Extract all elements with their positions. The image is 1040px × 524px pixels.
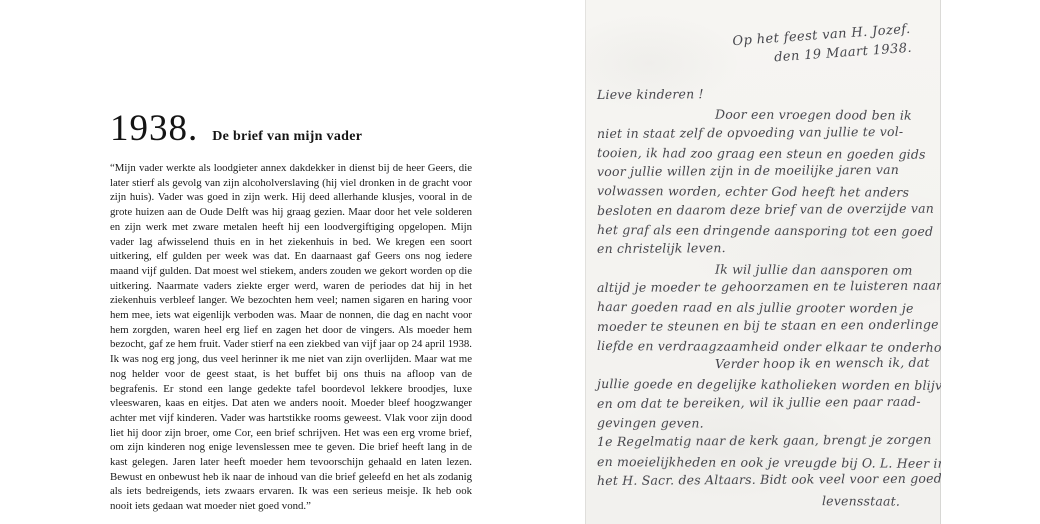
letter-line: altijd je moeder te gehoorzamen en te lu… — [597, 278, 913, 300]
letter-body: Lieve kinderen ! Door een vroegen dood b… — [597, 87, 913, 512]
letter-signoff: levensstaat. — [597, 492, 913, 513]
letter-salutation: Lieve kinderen ! — [597, 85, 913, 107]
letter-line: 1e Regelmatig naar de kerk gaan, brengt … — [597, 432, 913, 454]
chapter-heading: 1938. De brief van mijn vader — [110, 110, 472, 147]
letter-line: en christelijk leven. — [597, 239, 913, 261]
letter-line: en om dat te bereiken, wil ik jullie een… — [597, 394, 913, 416]
chapter-title: De brief van mijn vader — [212, 129, 362, 145]
letter-line: besloten en daarom deze brief van de ove… — [597, 201, 913, 223]
letter-line: niet in staat zelf de opvoeding van jull… — [597, 123, 913, 145]
memoir-paragraph: “Mijn vader werkte als loodgieter annex … — [110, 161, 472, 514]
letter-line: Verder hoop ik en wensch ik, dat — [597, 355, 913, 377]
letter-scan: Op het feest van H. Jozef. den 19 Maart … — [585, 0, 941, 524]
letter-dateline: Op het feest van H. Jozef. den 19 Maart … — [731, 20, 912, 70]
year-heading: 1938. — [110, 110, 198, 147]
book-spread: 1938. De brief van mijn vader “Mijn vade… — [0, 0, 1040, 524]
left-page: 1938. De brief van mijn vader “Mijn vade… — [110, 110, 472, 524]
letter-line: moeder te steunen en bij te staan en een… — [597, 316, 913, 338]
letter-line: voor jullie willen zijn in de moeilijke … — [597, 162, 913, 184]
letter-line: het H. Sacr. des Altaars. Bidt ook veel … — [597, 471, 913, 493]
